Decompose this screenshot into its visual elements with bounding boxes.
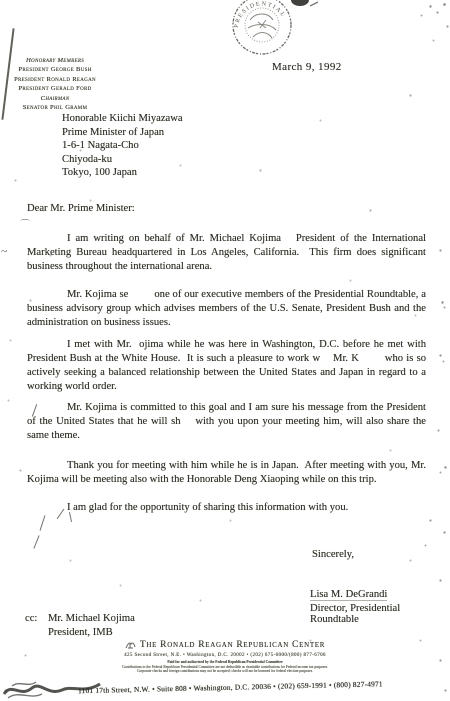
letterhead-line: President Gerald Ford [0,84,110,93]
body-paragraph: Mr. Kojima se one of our executive membe… [27,288,426,330]
signer-title: Director, Presidential Roundtable [310,603,450,625]
cc-title: President, IMB [48,627,113,638]
letterhead-line: President Ronald Reagan [0,75,110,84]
presidential-seal-stamp-icon: PRESIDENTIAL [218,0,328,64]
scan-artifact: ~ [1,244,8,259]
cc-label: cc: [25,613,37,624]
recipient-address-line: 1-6-1 Nagata-Cho [62,139,183,153]
body-paragraph: Mr. Kojima is committed to this goal and… [27,401,426,443]
recipient-address: Honorable Kiichi Miyazawa Prime Minister… [62,112,183,180]
body-paragraph: I am writing on behalf of Mr. Michael Ko… [27,232,426,274]
salutation: Dear Mr. Prime Minister: [27,203,135,214]
scan-noise [0,0,1,1]
scan-artifact: ⌒ [20,216,30,231]
footer-fine-print: Paid for and authorized by the Federal R… [45,660,405,665]
letterhead-line: Honorary Members [0,56,110,65]
scanned-letter-page: ~ ⌒ PRESIDENTIAL Honorary Members Presid… [0,0,450,701]
letterhead-line: President George Bush [0,65,110,74]
body-paragraph: I am glad for the opportunity of sharing… [27,501,407,515]
body-paragraph: I met with Mr. ojima while he was here i… [27,338,426,394]
scan-artifact [33,535,39,548]
letter-date: March 9, 1992 [272,61,342,73]
scan-artifact [40,515,46,531]
footer-bottom-address: 1101 17th Street, N.W. • Suite 808 • Was… [78,678,448,695]
footer-organization: The Ronald Reagan Republican Center [0,640,450,650]
footer-organization-name: The Ronald Reagan Republican Center [140,640,325,650]
recipient-address-line: Tokyo, 100 Japan [62,166,183,180]
letterhead: Honorary Members President George Bush P… [0,56,110,112]
recipient-address-line: Chiyoda-ku [62,153,183,167]
signer-name: Lisa M. DeGrandi [310,589,387,601]
eagle-crest-icon [125,640,136,650]
closing-valediction: Sincerely, [312,549,354,560]
cc-name: Mr. Michael Kojima [48,613,135,624]
letterhead-line: Chairman [0,94,110,103]
recipient-address-line: Honorable Kiichi Miyazawa [62,112,183,126]
recipient-address-line: Prime Minister of Japan [62,126,183,140]
ink-smudge [291,0,309,6]
body-paragraph: Thank you for meeting with him while he … [27,459,426,487]
footer-address-line: 425 Second Street, N.E. • Washington, D.… [0,653,450,658]
stamp-eagle-scribble [248,14,276,38]
